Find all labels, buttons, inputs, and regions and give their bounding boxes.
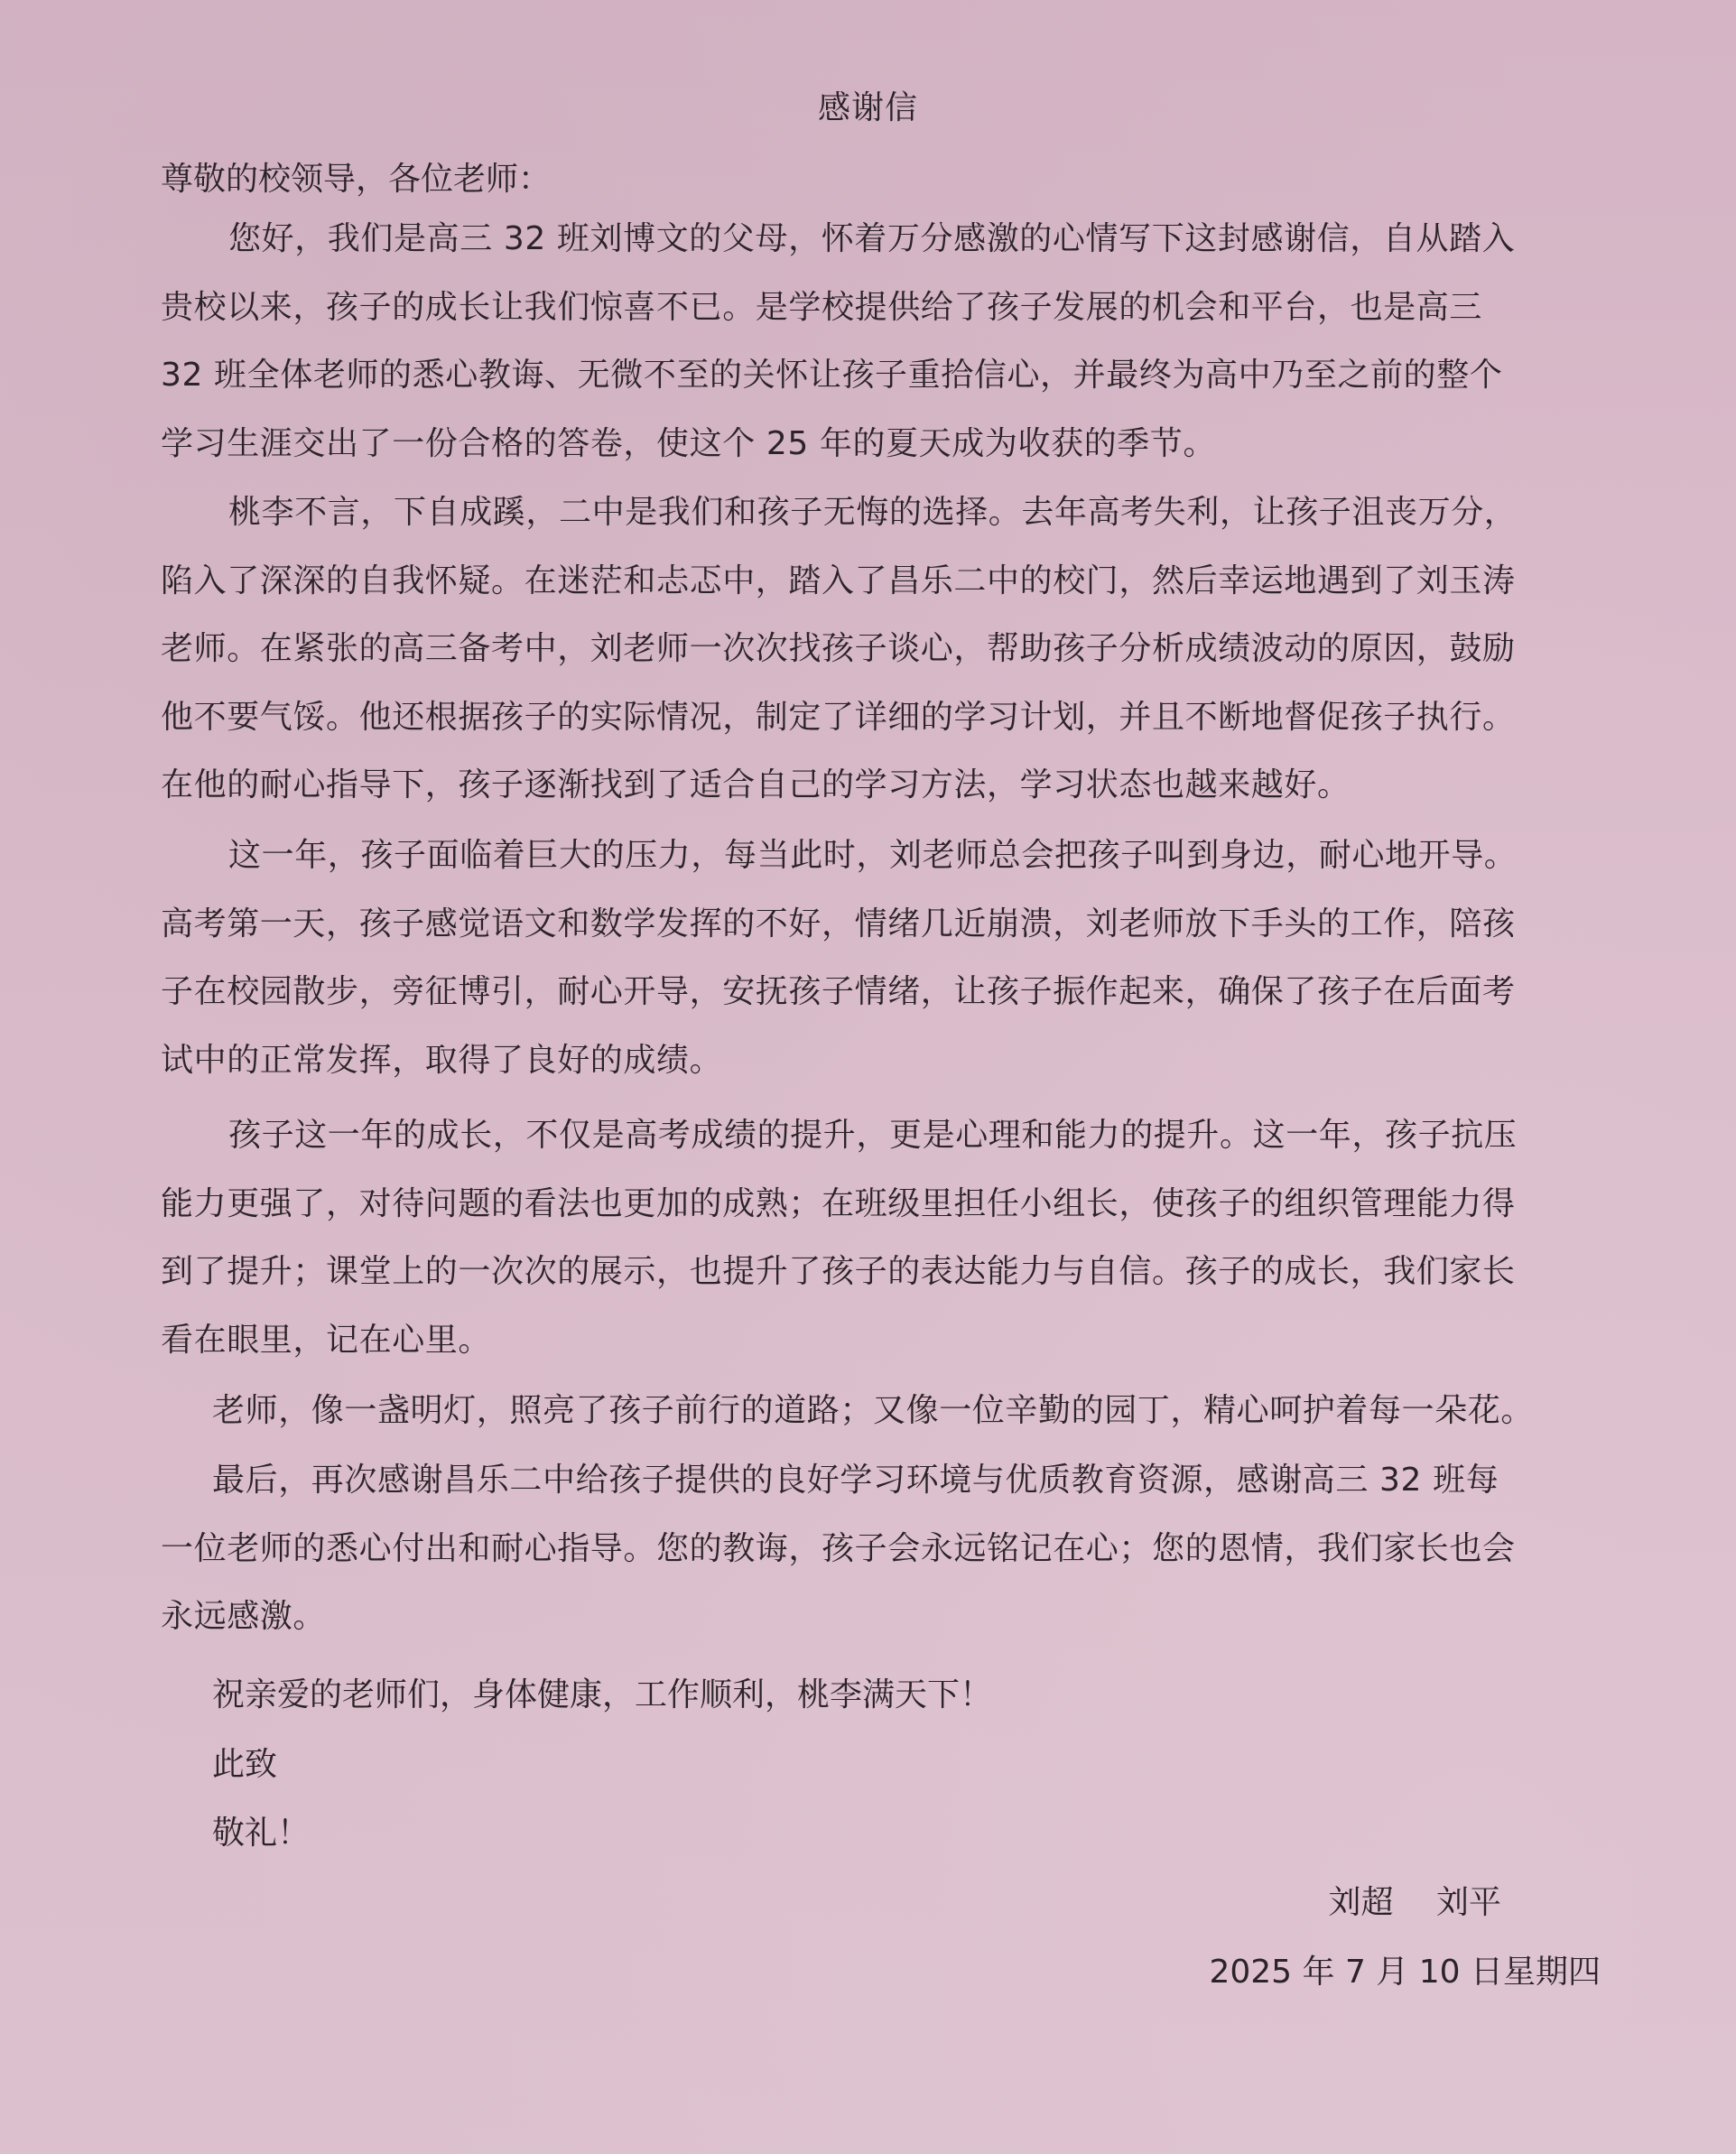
paragraph-line: 32 班全体老师的悉心教诲、无微不至的关怀让孩子重拾信心，并最终为高中乃至之前的… (161, 353, 1605, 422)
signature-date: 2025 年 7 月 10 日星期四 (1209, 1950, 1601, 1995)
paragraph-line: 老师，像一盏明灯，照亮了孩子前行的道路；又像一位辛勤的园丁，精心呵护着每一朵花。 (161, 1388, 1605, 1457)
signature-names: 刘超 刘平 (1329, 1880, 1501, 1926)
paragraph-line: 试中的正常发挥，取得了良好的成绩。 (161, 1038, 1605, 1107)
paragraph-line: 能力更强了，对待问题的看法也更加的成熟；在班级里担任小组长，使孩子的组织管理能力… (161, 1182, 1605, 1250)
paragraph-line: 看在眼里，记在心里。 (161, 1318, 1605, 1387)
letter-page: 感谢信 尊敬的校领导，各位老师： 您好，我们是高三 32 班刘博文的父母，怀着万… (0, 0, 1736, 2154)
paragraph-line: 这一年，孩子面临着巨大的压力，每当此时，刘老师总会把孩子叫到身边，耐心地开导。 (161, 833, 1605, 902)
paragraph-5: 老师，像一盏明灯，照亮了孩子前行的道路；又像一位辛勤的园丁，精心呵护着每一朵花。 (161, 1388, 1605, 1457)
paragraph-line: 最后，再次感谢昌乐二中给孩子提供的良好学习环境与优质教育资源，感谢高三 32 班… (161, 1458, 1605, 1527)
paragraph-2: 桃李不言，下自成蹊，二中是我们和孩子无悔的选择。去年高考失利，让孩子沮丧万分， … (161, 490, 1605, 831)
paragraph-line: 桃李不言，下自成蹊，二中是我们和孩子无悔的选择。去年高考失利，让孩子沮丧万分， (161, 490, 1605, 559)
letter-title: 感谢信 (0, 86, 1736, 131)
paragraph-line: 您好，我们是高三 32 班刘博文的父母，怀着万分感激的心情写下这封感谢信，自从踏… (161, 217, 1605, 285)
paragraph-line: 永远感激。 (161, 1594, 1605, 1663)
paragraph-line: 到了提升；课堂上的一次次的展示，也提升了孩子的表达能力与自信。孩子的成长，我们家… (161, 1249, 1605, 1318)
closing-regards-1: 此致 (212, 1742, 277, 1787)
paragraph-line: 孩子这一年的成长，不仅是高考成绩的提升，更是心理和能力的提升。这一年，孩子抗压 (161, 1113, 1605, 1182)
paragraph-line: 一位老师的悉心付出和耐心指导。您的教诲，孩子会永远铭记在心；您的恩情，我们家长也… (161, 1527, 1605, 1595)
paragraph-4: 孩子这一年的成长，不仅是高考成绩的提升，更是心理和能力的提升。这一年，孩子抗压 … (161, 1113, 1605, 1386)
paragraph-line: 高考第一天，孩子感觉语文和数学发挥的不好，情绪几近崩溃，刘老师放下手头的工作，陪… (161, 902, 1605, 970)
closing-wish: 祝亲爱的老师们，身体健康，工作顺利，桃李满天下！ (212, 1673, 992, 1718)
paragraph-6: 最后，再次感谢昌乐二中给孩子提供的良好学习环境与优质教育资源，感谢高三 32 班… (161, 1458, 1605, 1663)
paragraph-line: 他不要气馁。他还根据孩子的实际情况，制定了详细的学习计划，并且不断地督促孩子执行… (161, 695, 1605, 764)
paragraph-line: 子在校园散步，旁征博引，耐心开导，安抚孩子情绪，让孩子振作起来，确保了孩子在后面… (161, 970, 1605, 1038)
paragraph-line: 贵校以来，孩子的成长让我们惊喜不已。是学校提供给了孩子发展的机会和平台，也是高三 (161, 285, 1605, 354)
paragraph-1: 您好，我们是高三 32 班刘博文的父母，怀着万分感激的心情写下这封感谢信，自从踏… (161, 217, 1605, 489)
paragraph-line: 在他的耐心指导下，孩子逐渐找到了适合自己的学习方法，学习状态也越来越好。 (161, 763, 1605, 831)
paragraph-line: 学习生涯交出了一份合格的答卷，使这个 25 年的夏天成为收获的季节。 (161, 422, 1605, 490)
closing-regards-2: 敬礼！ (212, 1811, 310, 1856)
paragraph-line: 老师。在紧张的高三备考中，刘老师一次次找孩子谈心，帮助孩子分析成绩波动的原因，鼓… (161, 627, 1605, 695)
paragraph-3: 这一年，孩子面临着巨大的压力，每当此时，刘老师总会把孩子叫到身边，耐心地开导。 … (161, 833, 1605, 1106)
salutation: 尊敬的校领导，各位老师： (161, 157, 551, 202)
paragraph-line: 陷入了深深的自我怀疑。在迷茫和忐忑中，踏入了昌乐二中的校门，然后幸运地遇到了刘玉… (161, 559, 1605, 627)
